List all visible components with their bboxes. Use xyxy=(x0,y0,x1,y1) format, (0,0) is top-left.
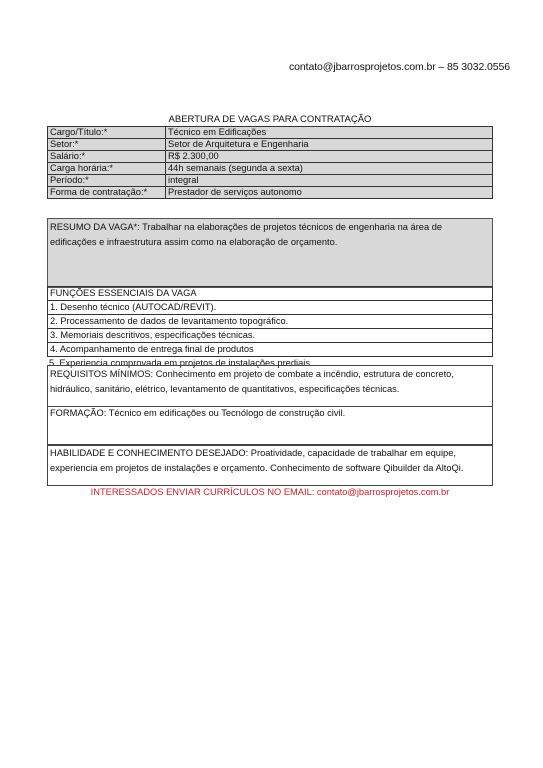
list-item: 4. Acompanhamento de entrega final de pr… xyxy=(47,343,493,357)
table-row: Salário:* R$ 2.300,00 xyxy=(48,151,493,163)
value-forma-contratacao: Prestador de serviços autonomo xyxy=(166,187,493,199)
formacao-box: FORMAÇÃO: Técnico em edificações ou Tecn… xyxy=(47,405,493,446)
value-setor: Setor de Arquitetura e Engenharia xyxy=(166,139,493,151)
job-info-table: Cargo/Título:* Técnico em Edificações Se… xyxy=(47,126,493,199)
requisitos-box: REQUISITOS MÍNIMOS: Conhecimento em proj… xyxy=(47,365,493,407)
contact-line: contato@jbarrosprojetos.com.br – 85 3032… xyxy=(289,61,510,73)
funcoes-list: FUNÇÕES ESSENCIAIS DA VAGA 1. Desenho té… xyxy=(47,286,493,370)
label-salario: Salário:* xyxy=(48,151,166,163)
resumo-box: RESUMO DA VAGA*: Trabalhar na elaboraçõe… xyxy=(47,218,493,288)
list-item: 1. Desenho técnico (AUTOCAD/REVIT). xyxy=(47,301,493,315)
footer-note: INTERESSADOS ENVIAR CURRÍCULOS NO EMAIL:… xyxy=(48,487,492,497)
table-row: Forma de contratação:* Prestador de serv… xyxy=(48,187,493,199)
list-item: 3. Memoriais descritivos, especificações… xyxy=(47,329,493,343)
value-carga-horaria: 44h semanais (segunda a sexta) xyxy=(166,163,493,175)
table-row: Setor:* Setor de Arquitetura e Engenhari… xyxy=(48,139,493,151)
label-periodo: Período:* xyxy=(48,175,166,187)
table-row: Cargo/Título:* Técnico em Edificações xyxy=(48,127,493,139)
label-cargo: Cargo/Título:* xyxy=(48,127,166,139)
value-cargo: Técnico em Edificações xyxy=(166,127,493,139)
label-setor: Setor:* xyxy=(48,139,166,151)
table-row: Carga horária:* 44h semanais (segunda a … xyxy=(48,163,493,175)
value-salario: R$ 2.300,00 xyxy=(166,151,493,163)
habilidade-box: HABILIDADE E CONHECIMENTO DESEJADO: Proa… xyxy=(47,444,493,486)
funcoes-heading: FUNÇÕES ESSENCIAIS DA VAGA xyxy=(47,286,493,301)
table-row: Período:* integral xyxy=(48,175,493,187)
label-forma-contratacao: Forma de contratação:* xyxy=(48,187,166,199)
label-carga-horaria: Carga horária:* xyxy=(48,163,166,175)
value-periodo: integral xyxy=(166,175,493,187)
document-title: ABERTURA DE VAGAS PARA CONTRATAÇÃO xyxy=(48,114,492,125)
list-item: 2. Processamento de dados de levantament… xyxy=(47,315,493,329)
